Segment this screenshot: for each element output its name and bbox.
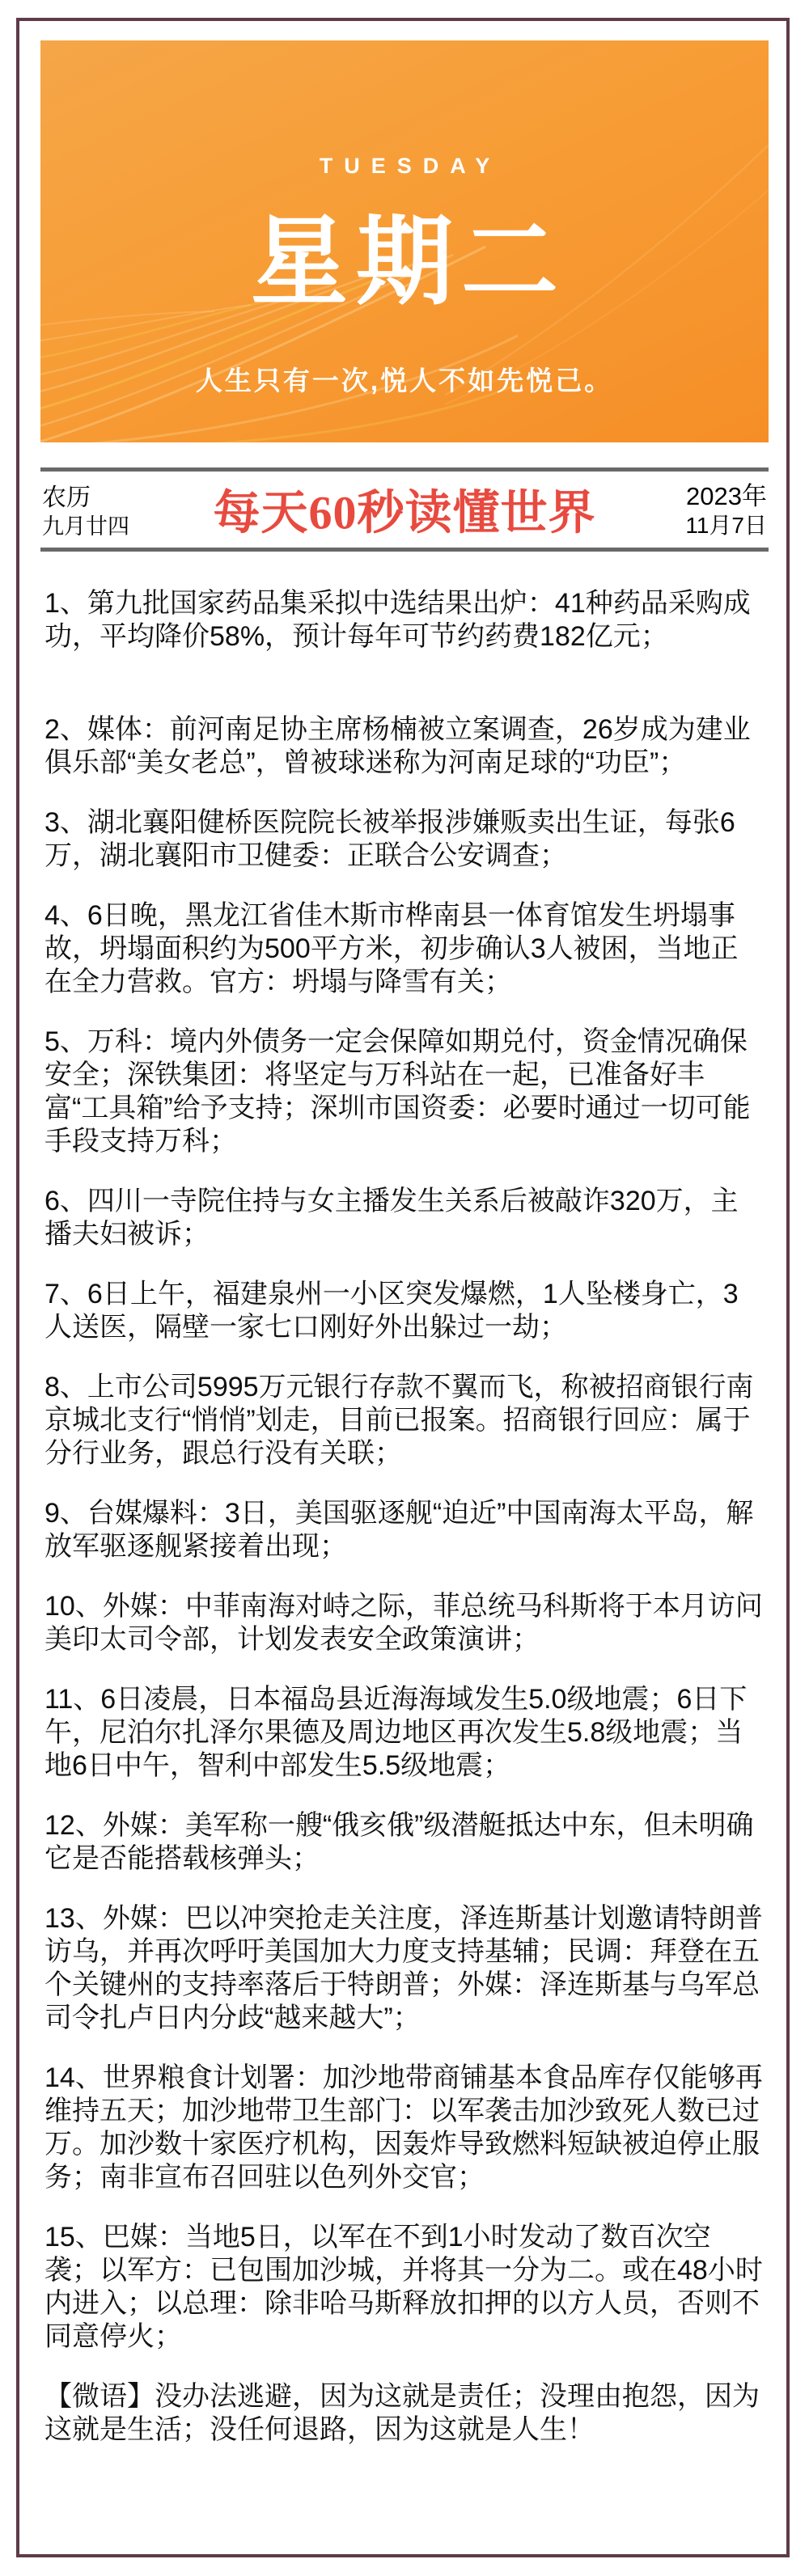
news-item: 13、外媒：巴以冲突抢走关注度，泽连斯基计划邀请特朗普访乌，并再次呼吁美国加大力… <box>44 1902 765 2035</box>
news-item: 11、6日凌晨，日本福岛县近海海域发生5.0级地震；6日下午，尼泊尔扎泽尔果德及… <box>44 1683 765 1783</box>
news-digest-card: TUESDAY 星期二 人生只有一次,悦人不如先悦己。 农历 九月廿四 2023… <box>0 0 809 2576</box>
news-item: 2、媒体：前河南足协主席杨楠被立案调查，26岁成为建业俱乐部“美女老总”，曾被球… <box>44 713 765 780</box>
news-item: 14、世界粮食计划署：加沙地带商铺基本食品库存仅能够再维持五天；加沙地带卫生部门… <box>44 2062 765 2194</box>
date-bar: 农历 九月廿四 2023年 11月7日 每天60秒读懂世界 <box>40 467 769 552</box>
news-list: 1、第九批国家药品集采拟中选结果出炉：41种药品采购成功，平均降价58%，预计每… <box>44 587 765 2473</box>
news-item: 4、6日晚，黑龙江省佳木斯市桦南县一体育馆发生坍塌事故，坍塌面积约为500平方米… <box>44 899 765 999</box>
news-item: 1、第九批国家药品集采拟中选结果出炉：41种药品采购成功，平均降价58%，预计每… <box>44 587 765 654</box>
weekday-chinese-title: 星期二 <box>40 184 769 324</box>
news-item: 6、四川一寺院住持与女主播发生关系后被敲诈320万，主播夫妇被诉； <box>44 1185 765 1251</box>
news-item: 8、上市公司5995万元银行存款不翼而飞，称被招商银行南京城北支行“悄悄”划走，… <box>44 1371 765 1470</box>
weekday-english-label: TUESDAY <box>40 154 769 179</box>
news-item: 10、外媒：中菲南海对峙之际，菲总统马科斯将于本月访问美印太司令部，计划发表安全… <box>44 1590 765 1656</box>
news-item: 9、台媒爆料：3日，美国驱逐舰“迫近”中国南海太平岛，解放军驱逐舰紧接着出现； <box>44 1497 765 1563</box>
news-item: 15、巴媒：当地5日，以军在不到1小时发动了数百次空袭；以军方：已包围加沙城，并… <box>44 2221 765 2354</box>
news-item: 3、湖北襄阳健桥医院院长被举报涉嫌贩卖出生证，每张6万，湖北襄阳市卫健委：正联合… <box>44 806 765 873</box>
news-footer-quote: 【微语】没办法逃避，因为这就是责任；没理由抱怨，因为这就是生活；没任何退路，因为… <box>44 2380 765 2447</box>
news-item: 12、外媒：美军称一艘“俄亥俄”级潜艇抵达中东，但未明确它是否能搭载核弹头； <box>44 1809 765 1876</box>
news-item: 7、6日上午，福建泉州一小区突发爆燃，1人坠楼身亡，3人送医，隔壁一家七口刚好外… <box>44 1278 765 1344</box>
news-item: 5、万科：境内外债务一定会保障如期兑付，资金情况确保安全；深铁集团：将坚定与万科… <box>44 1026 765 1158</box>
page-title: 每天60秒读懂世界 <box>40 474 769 542</box>
banner-tagline: 人生只有一次,悦人不如先悦己。 <box>40 360 769 398</box>
header-banner: TUESDAY 星期二 人生只有一次,悦人不如先悦己。 <box>40 40 769 442</box>
